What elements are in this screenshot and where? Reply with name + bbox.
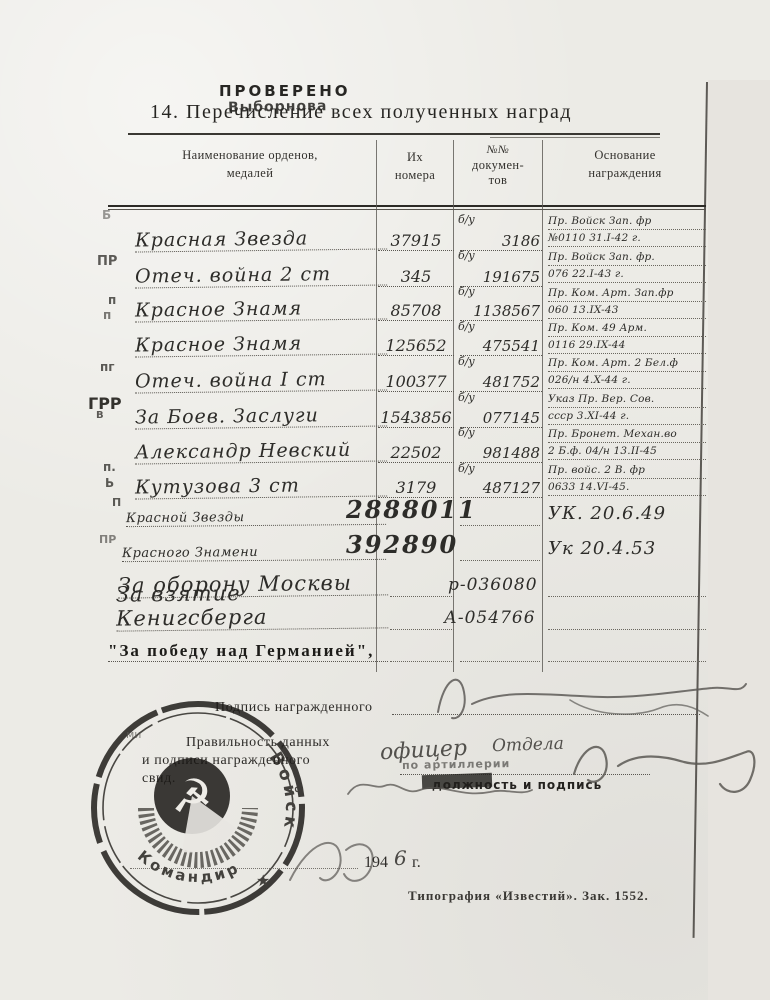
col-header-number-line1: Их <box>378 150 452 165</box>
official-round-seal: ☭ Войск Командир ★ ми <box>86 696 310 920</box>
award-number: 85708 <box>378 301 454 321</box>
award-number: 1543856 <box>378 408 454 428</box>
award-basis: УК. 20.6.49 <box>548 503 666 524</box>
doc-number: р-036080 <box>448 575 538 595</box>
doc-series: б/у <box>458 249 475 262</box>
seal-inner-mark: ми <box>126 728 141 741</box>
award-row: Кутузова 3 ст 3179 б/у 487127 Пр. войс. … <box>108 462 708 498</box>
doc-series: б/у <box>458 391 475 404</box>
award-name: Отеч. война I ст <box>135 367 387 393</box>
header-rule <box>108 205 706 207</box>
award-number: 345 <box>378 267 454 287</box>
year-printed-prefix: 194 <box>364 854 388 872</box>
seal-star-icon: ★ <box>256 871 270 890</box>
doc-number: 475541 <box>460 337 542 356</box>
date-dotted-line <box>130 856 358 869</box>
award-row: За Боев. Заслуги 1543856 б/у 077145 Указ… <box>108 391 708 428</box>
col-header-name-line2: медалей <box>130 166 370 181</box>
award-basis: Пр. Ком. Арт. Зап.фр060 13.IX-43 <box>548 285 706 319</box>
title-underline-artifact <box>490 137 660 138</box>
header-rule-2 <box>108 209 706 210</box>
col-header-basis-line1: Основание <box>545 148 705 163</box>
award-number: 2888011 <box>346 495 477 524</box>
award-number: 125652 <box>378 336 454 356</box>
award-number: 392890 <box>346 530 458 559</box>
doc-number: 1138567 <box>460 302 542 321</box>
empty-doc-line <box>460 525 540 526</box>
margin-stamp-mark: В <box>96 410 104 421</box>
award-row: За взятие Кенигсберга А-054766 <box>108 596 708 630</box>
col-header-number-line2: номера <box>378 168 452 183</box>
doc-number: 481752 <box>460 373 542 392</box>
award-row: Красного Знамени 392890 Ук 20.4.53 <box>108 527 708 561</box>
year-suffix: г. <box>412 854 421 872</box>
doc-series: б/у <box>458 426 475 439</box>
award-row: "За победу над Германией", <box>108 630 708 662</box>
title-underline <box>128 133 660 135</box>
award-basis: Пр. Бронет. Механ.во2 Б.ф. 04/н 13.II-45 <box>548 426 706 460</box>
doc-series: б/у <box>458 320 475 333</box>
award-number: 100377 <box>378 372 454 392</box>
scan-right-margin <box>708 80 770 1000</box>
col-header-doc-line1: №№ <box>455 144 541 156</box>
col-header-doc-line2: докумен- <box>455 158 541 173</box>
scanned-award-record-page: ПРОВЕРЕНО Выборнова 14. Перечисление все… <box>0 0 770 1000</box>
award-basis: Пр. Ком. Арт. 2 Бел.ф026/н 4.X-44 г. <box>548 355 706 389</box>
award-basis: Пр. Войск Зап. фр.076 22.I-43 г. <box>548 249 706 283</box>
year-handwritten-digit: 6 <box>394 846 407 870</box>
award-basis: Пр. Ком. 49 Арм.0116 29.IX-44 <box>548 320 706 354</box>
award-row: Отеч. война I ст 100377 б/у 481752 Пр. К… <box>108 355 708 392</box>
award-number: 37915 <box>378 231 454 251</box>
hammer-sickle-icon: ☭ <box>171 769 212 823</box>
award-name: За взятие Кенигсберга <box>116 579 389 631</box>
award-basis: Пр. войс. 2 В. фр0633 14.VI-45. <box>548 462 706 496</box>
printer-note: Типография «Известий». Зак. 1552. <box>408 888 649 904</box>
award-name: "За победу над Германией", <box>108 641 388 662</box>
award-number: 22502 <box>378 443 454 463</box>
doc-number: 981488 <box>460 444 542 463</box>
award-name: Красное Знамя <box>135 331 387 357</box>
col-header-doc-line3: тов <box>455 173 541 188</box>
certifier-signature <box>560 722 760 802</box>
hw-department: Отдела <box>492 734 565 756</box>
award-row: Красной Звезды 2888011 УК. 20.6.49 <box>108 494 708 526</box>
award-row: Красное Знамя 125652 б/у 475541 Пр. Ком.… <box>108 320 708 356</box>
award-name: Красное Знамя <box>135 296 387 322</box>
recipient-signature-scribble <box>420 660 750 730</box>
doc-series: б/у <box>458 213 475 226</box>
doc-series: б/у <box>458 355 475 368</box>
certifier-scribble <box>340 760 540 810</box>
award-row: Александр Невский 22502 б/у 981488 Пр. Б… <box>108 426 708 463</box>
award-basis: Ук 20.4.53 <box>548 538 656 559</box>
col-header-name-line1: Наименование орденов, <box>130 148 370 163</box>
award-row: Красное Знамя 85708 б/у 1138567 Пр. Ком.… <box>108 285 708 321</box>
doc-series: б/у <box>458 285 475 298</box>
doc-number: А-054766 <box>444 608 536 628</box>
section-title: 14. Перечисление всех полученных наград <box>150 101 572 124</box>
col-header-basis-line2: награждения <box>543 166 707 181</box>
doc-series: б/у <box>458 462 475 475</box>
award-basis: Пр. Войск Зап. фр№0110 31.I-42 г. <box>548 213 706 247</box>
award-basis: Указ Пр. Вер. Сов.ссср 3.XI-44 г. <box>548 391 706 425</box>
award-row: Отеч. война 2 ст 345 б/у 191675 Пр. Войс… <box>108 249 708 287</box>
award-name: Александр Невский <box>135 438 387 464</box>
award-row: Красная Звезда 37915 б/у 3186 Пр. Войск … <box>108 213 708 251</box>
verified-stamp-line1: ПРОВЕРЕНО <box>219 82 351 100</box>
